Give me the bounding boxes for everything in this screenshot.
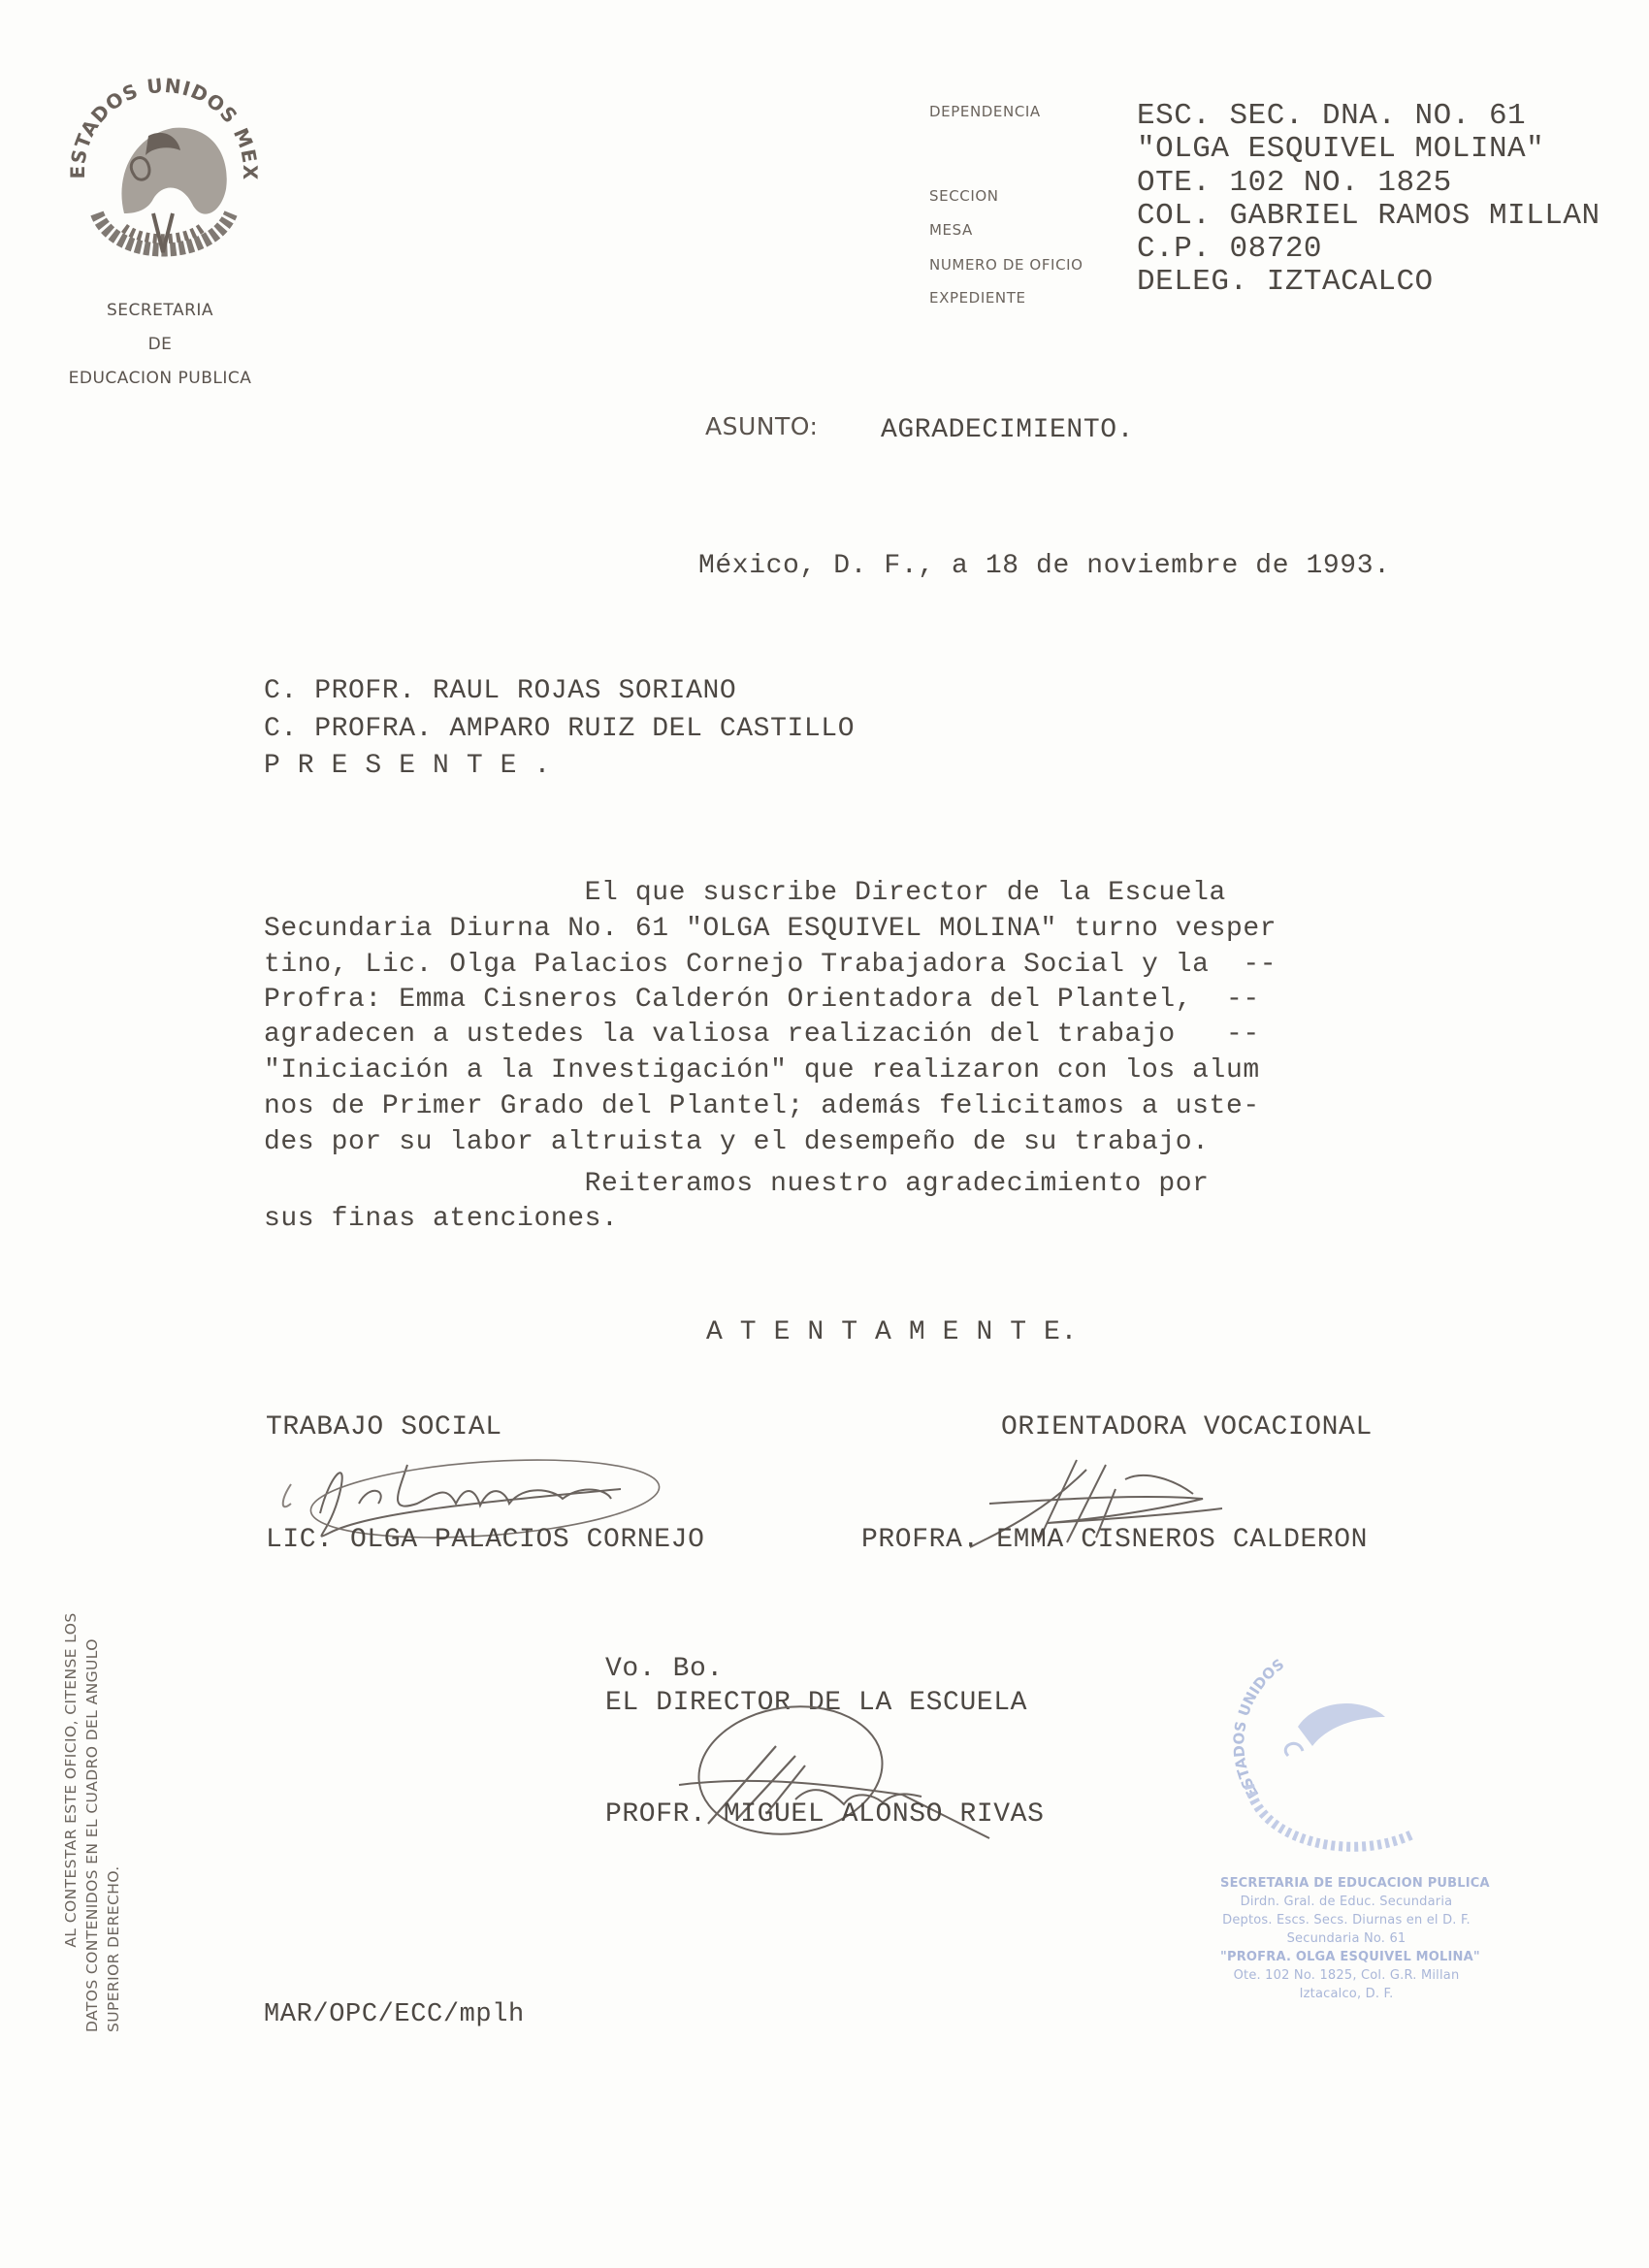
label-mesa: MESA [929,221,973,239]
stamp-line: Deptos. Escs. Secs. Diurnas en el D. F. [1220,1911,1472,1929]
subject-label: ASUNTO: [705,412,818,440]
body-line: agradecen a ustedes la valiosa realizaci… [264,1020,1260,1050]
label-dependencia: DEPENDENCIA [929,103,1041,120]
side-note-line-1: AL CONTESTAR ESTE OFICIO, CITENSE LOS [60,1528,81,2032]
body-line: El que suscribe Director de la Escuela [264,878,1226,908]
mexican-coat-of-arms-icon: ESTADOS UNIDOS MEXICANOS [56,68,270,281]
stamp-line: SECRETARIA DE EDUCACION PUBLICA [1220,1874,1472,1893]
body-line: Secundaria Diurna No. 61 "OLGA ESQUIVEL … [264,914,1277,944]
side-note-line-2: DATOS CONTENIDOS EN EL CUADRO DEL ANGULO [81,1528,103,2032]
body-line: nos de Primer Grado del Plantel; además … [264,1091,1260,1121]
body-line: tino, Lic. Olga Palacios Cornejo Trabaja… [264,950,1277,980]
side-note-line-3: SUPERIOR DERECHO. [103,1528,124,2032]
agency-name-line-3: EDUCACION PUBLICA [39,369,281,388]
body-line: Reiteramos nuestro agradecimiento por [264,1169,1210,1199]
stamp-line: Secundaria No. 61 [1220,1929,1472,1948]
body-line: Profra: Emma Cisneros Calderón Orientado… [264,985,1260,1015]
address-line-1: ESC. SEC. DNA. NO. 61 [1137,100,1526,133]
agency-name-line-2: DE [39,335,281,354]
recipient-1: C. PROFR. RAUL ROJAS SORIANO [264,676,736,706]
recipient-presente: P R E S E N T E . [264,751,551,781]
svg-text:ESTADOS UNIDOS: ESTADOS UNIDOS [1230,1655,1287,1801]
stamp-line: Iztacalco, D. F. [1220,1985,1472,2003]
closing: A T E N T A M E N T E. [706,1317,1078,1347]
official-school-stamp: ESTADOS UNIDOS SECRETARIA DE EDUCACION P… [1220,1649,1492,2057]
subject-value: AGRADECIMIENTO. [881,415,1134,445]
agency-name-line-1: SECRETARIA [39,301,281,320]
address-line-5: C.P. 08720 [1137,233,1322,266]
body-line: "Iniciación a la Investigación" que real… [264,1055,1260,1085]
address-line-2: "OLGA ESQUIVEL MOLINA" [1137,133,1544,166]
body-line: sus finas atenciones. [264,1204,618,1234]
right-signatory-name: PROFRA. EMMA CISNEROS CALDERON [861,1525,1368,1555]
label-expediente: EXPEDIENTE [929,289,1026,307]
body-line: des por su labor altruista y el desempeñ… [264,1127,1210,1157]
right-signatory-title: ORIENTADORA VOCACIONAL [1001,1412,1373,1442]
stamp-seal-icon: ESTADOS UNIDOS [1220,1649,1492,1872]
approval-label: Vo. Bo. [605,1654,724,1684]
label-numero-de-oficio: NUMERO DE OFICIO [929,256,1083,274]
recipient-2: C. PROFRA. AMPARO RUIZ DEL CASTILLO [264,714,855,744]
stamp-line: Ote. 102 No. 1825, Col. G.R. Millan [1220,1966,1472,1985]
reference-initials: MAR/OPC/ECC/mplh [264,2000,525,2029]
left-signatory-name: LIC. OLGA PALACIOS CORNEJO [266,1525,704,1555]
approval-name: PROFR. MIGUEL ALONSO RIVAS [605,1799,1044,1830]
address-line-3: OTE. 102 NO. 1825 [1137,167,1452,200]
address-line-4: COL. GABRIEL RAMOS MILLAN [1137,200,1600,233]
reply-instructions-note: AL CONTESTAR ESTE OFICIO, CITENSE LOS DA… [60,1528,124,2032]
left-signatory-title: TRABAJO SOCIAL [266,1412,502,1442]
label-seccion: SECCION [929,187,999,205]
stamp-line: Dirdn. Gral. de Educ. Secundaria [1220,1893,1472,1911]
stamp-line: "PROFRA. OLGA ESQUIVEL MOLINA" [1220,1948,1472,1966]
address-line-6: DELEG. IZTACALCO [1137,266,1434,299]
date-line: México, D. F., a 18 de noviembre de 1993… [698,551,1391,581]
